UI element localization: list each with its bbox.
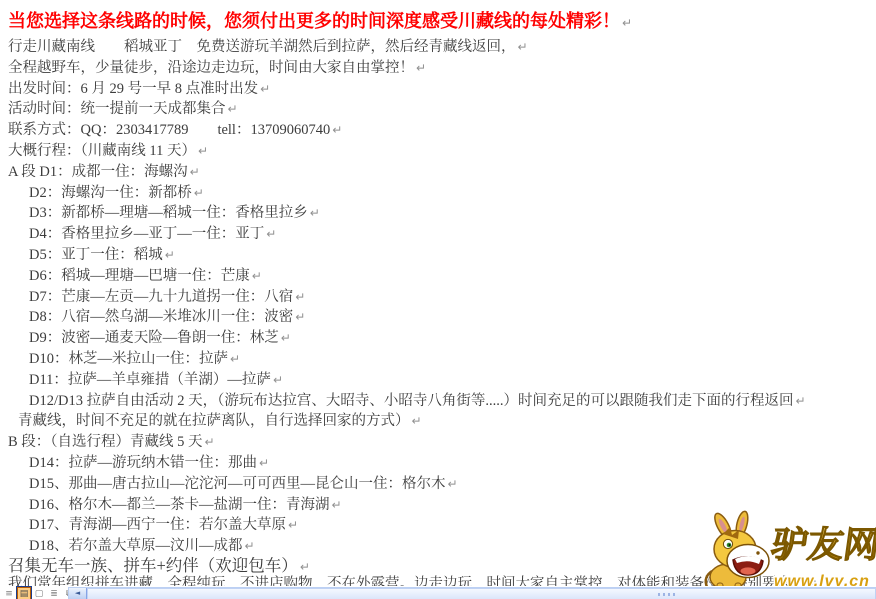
doc-line: D3：新都桥—理塘—稻城一住：香格里拉乡↵ xyxy=(8,203,876,224)
scrollbar-thumb[interactable] xyxy=(87,588,876,599)
paragraph-mark-icon: ↵ xyxy=(266,227,276,241)
doc-line-text: D14：拉萨—游玩纳木错一住：那曲 xyxy=(29,455,257,471)
doc-line: D12/D13 拉萨自由活动 2 天，（游玩布达拉宫、大昭寺、小昭寺八角街等..… xyxy=(8,391,876,412)
paragraph-mark-icon: ↵ xyxy=(331,498,341,512)
doc-line-text: D15、那曲—唐古拉山—沱沱河—可可西里—昆仑山一住：格尔木 xyxy=(29,476,445,492)
doc-line-text: 当您选择这条线路的时候，您须付出更多的时间深度感受川藏线的每处精彩！ xyxy=(8,11,620,31)
doc-line-text: 召集无车一族、拼车+约伴（欢迎包车） xyxy=(8,556,298,575)
paragraph-mark-icon: ↵ xyxy=(273,373,283,387)
paragraph-mark-icon: ↵ xyxy=(795,394,805,408)
doc-line: 当您选择这条线路的时候，您须付出更多的时间深度感受川藏线的每处精彩！↵ xyxy=(8,7,876,37)
paragraph-mark-icon: ↵ xyxy=(300,560,310,574)
web-layout-button[interactable]: ▤ xyxy=(17,587,31,599)
print-layout-button[interactable]: ▢ xyxy=(32,587,46,599)
paragraph-mark-icon: ↵ xyxy=(259,456,269,470)
doc-line-text: D17、青海湖—西宁一住：若尔盖大草原 xyxy=(29,517,286,533)
doc-line: D4：香格里拉乡—亚丁—一住：亚丁↵ xyxy=(8,224,876,245)
doc-line: D15、那曲—唐古拉山—沱沱河—可可西里—昆仑山一住：格尔木↵ xyxy=(8,474,876,495)
document-lines: 当您选择这条线路的时候，您须付出更多的时间深度感受川藏线的每处精彩！↵行走川藏南… xyxy=(8,7,876,594)
scrollbar-track[interactable] xyxy=(87,588,876,599)
doc-line-text: 全程越野车，少量徒步，沿途边走边玩，时间由大家自由掌控！ xyxy=(8,60,414,76)
watermark-site-name: 驴友网 xyxy=(769,525,876,565)
doc-line-text: 出发时间：6 月 29 号一早 8 点准时出发 xyxy=(8,81,258,97)
doc-line: D7：芒康—左贡—九十九道拐一住：八宿↵ xyxy=(8,287,876,308)
paragraph-mark-icon: ↵ xyxy=(622,16,632,30)
doc-line: A 段 D1：成都一住：海螺沟↵ xyxy=(8,162,876,183)
paragraph-mark-icon: ↵ xyxy=(198,144,208,158)
paragraph-mark-icon: ↵ xyxy=(230,352,240,366)
paragraph-mark-icon: ↵ xyxy=(447,477,457,491)
doc-line: D10：林芝—米拉山一住：拉萨↵ xyxy=(8,349,876,370)
view-mode-buttons: ≡▤▢≣⧉ xyxy=(2,587,76,599)
doc-line: 全程越野车，少量徒步，沿途边走边玩，时间由大家自由掌控！↵ xyxy=(8,58,876,79)
scrollbar-grip-icon xyxy=(658,593,676,596)
doc-line: 联系方式：QQ：2303417789 tell：13709060740↵ xyxy=(8,120,876,141)
doc-line-text: D7：芒康—左贡—九十九道拐一住：八宿 xyxy=(29,289,293,305)
doc-line: D9：波密—通麦天险—鲁朗一住：林芝↵ xyxy=(8,328,876,349)
doc-line-text: D9：波密—通麦天险—鲁朗一住：林芝 xyxy=(29,330,279,346)
paragraph-mark-icon: ↵ xyxy=(288,518,298,532)
paragraph-mark-icon: ↵ xyxy=(281,331,291,345)
doc-line: D8：八宿—然乌湖—米堆冰川一住：波密↵ xyxy=(8,307,876,328)
status-view-bar: ≡▤▢≣⧉ ◄ xyxy=(0,586,876,599)
doc-line-text: D12/D13 拉萨自由活动 2 天，（游玩布达拉宫、大昭寺、小昭寺八角街等..… xyxy=(29,393,793,409)
doc-line: D14：拉萨—游玩纳木错一住：那曲↵ xyxy=(8,453,876,474)
doc-line-text: D4：香格里拉乡—亚丁—一住：亚丁 xyxy=(29,226,264,242)
doc-line-text: D18、若尔盖大草原—汶川—成都 xyxy=(29,538,242,554)
doc-line-text: D5：亚丁一住：稻城 xyxy=(29,247,163,263)
doc-line-text: 大概行程：（川藏南线 11 天） xyxy=(8,143,196,159)
doc-line: 大概行程：（川藏南线 11 天）↵ xyxy=(8,141,876,162)
paragraph-mark-icon: ↵ xyxy=(260,82,270,96)
doc-line-text: D11：拉萨—羊卓雍措（羊湖）—拉萨 xyxy=(29,372,271,388)
scroll-left-button[interactable]: ◄ xyxy=(69,588,87,599)
paragraph-mark-icon: ↵ xyxy=(190,165,200,179)
doc-line-text: D16、格尔木—都兰—茶卡—盐湖一住：青海湖 xyxy=(29,497,329,513)
doc-line-text: D10：林芝—米拉山一住：拉萨 xyxy=(29,351,228,367)
doc-line-text: B 段：（自选行程）青藏线 5 天 xyxy=(8,434,203,450)
document-page: 当您选择这条线路的时候，您须付出更多的时间深度感受川藏线的每处精彩！↵行走川藏南… xyxy=(8,7,876,594)
paragraph-mark-icon: ↵ xyxy=(295,310,305,324)
paragraph-mark-icon: ↵ xyxy=(518,40,528,54)
outline-view-button[interactable]: ≣ xyxy=(47,587,61,599)
doc-line-text: 活动时间：统一提前一天成都集合 xyxy=(8,101,226,117)
doc-line-text: D3：新都桥—理塘—稻城一住：香格里拉乡 xyxy=(29,205,308,221)
doc-line-text: D6：稻城—理塘—巴塘一住：芒康 xyxy=(29,268,250,284)
paragraph-mark-icon: ↵ xyxy=(332,123,342,137)
doc-line-text: 青藏线，时间不充足的就在拉萨离队，自行选择回家的方式） xyxy=(18,413,410,429)
paragraph-mark-icon: ↵ xyxy=(205,435,215,449)
doc-line: 青藏线，时间不充足的就在拉萨离队，自行选择回家的方式）↵ xyxy=(8,411,876,432)
doc-line-text: D8：八宿—然乌湖—米堆冰川一住：波密 xyxy=(29,309,293,325)
paragraph-mark-icon: ↵ xyxy=(165,248,175,262)
paragraph-mark-icon: ↵ xyxy=(412,414,422,428)
doc-line-text: D2：海螺沟一住：新都桥 xyxy=(29,185,192,201)
doc-line: 出发时间：6 月 29 号一早 8 点准时出发↵ xyxy=(8,79,876,100)
paragraph-mark-icon: ↵ xyxy=(295,290,305,304)
doc-line: D6：稻城—理塘—巴塘一住：芒康↵ xyxy=(8,266,876,287)
doc-line: 活动时间：统一提前一天成都集合↵ xyxy=(8,99,876,120)
doc-line: D11：拉萨—羊卓雍措（羊湖）—拉萨↵ xyxy=(8,370,876,391)
paragraph-mark-icon: ↵ xyxy=(252,269,262,283)
doc-line-text: A 段 D1：成都一住：海螺沟 xyxy=(8,164,188,180)
paragraph-mark-icon: ↵ xyxy=(228,102,238,116)
doc-line-text: 联系方式：QQ：2303417789 tell：13709060740 xyxy=(8,122,330,138)
doc-line: B 段：（自选行程）青藏线 5 天↵ xyxy=(8,432,876,453)
paragraph-mark-icon: ↵ xyxy=(310,206,320,220)
normal-view-button[interactable]: ≡ xyxy=(2,587,16,599)
doc-line: 行走川藏南线 稻城亚丁 免费送游玩羊湖然后到拉萨，然后经青藏线返回，↵ xyxy=(8,37,876,58)
horizontal-scrollbar[interactable]: ◄ xyxy=(68,587,876,599)
paragraph-mark-icon: ↵ xyxy=(194,186,204,200)
doc-line: D5：亚丁一住：稻城↵ xyxy=(8,245,876,266)
paragraph-mark-icon: ↵ xyxy=(416,61,426,75)
doc-line-text: 行走川藏南线 稻城亚丁 免费送游玩羊湖然后到拉萨，然后经青藏线返回， xyxy=(8,39,516,55)
doc-line: D2：海螺沟一住：新都桥↵ xyxy=(8,183,876,204)
paragraph-mark-icon: ↵ xyxy=(244,539,254,553)
